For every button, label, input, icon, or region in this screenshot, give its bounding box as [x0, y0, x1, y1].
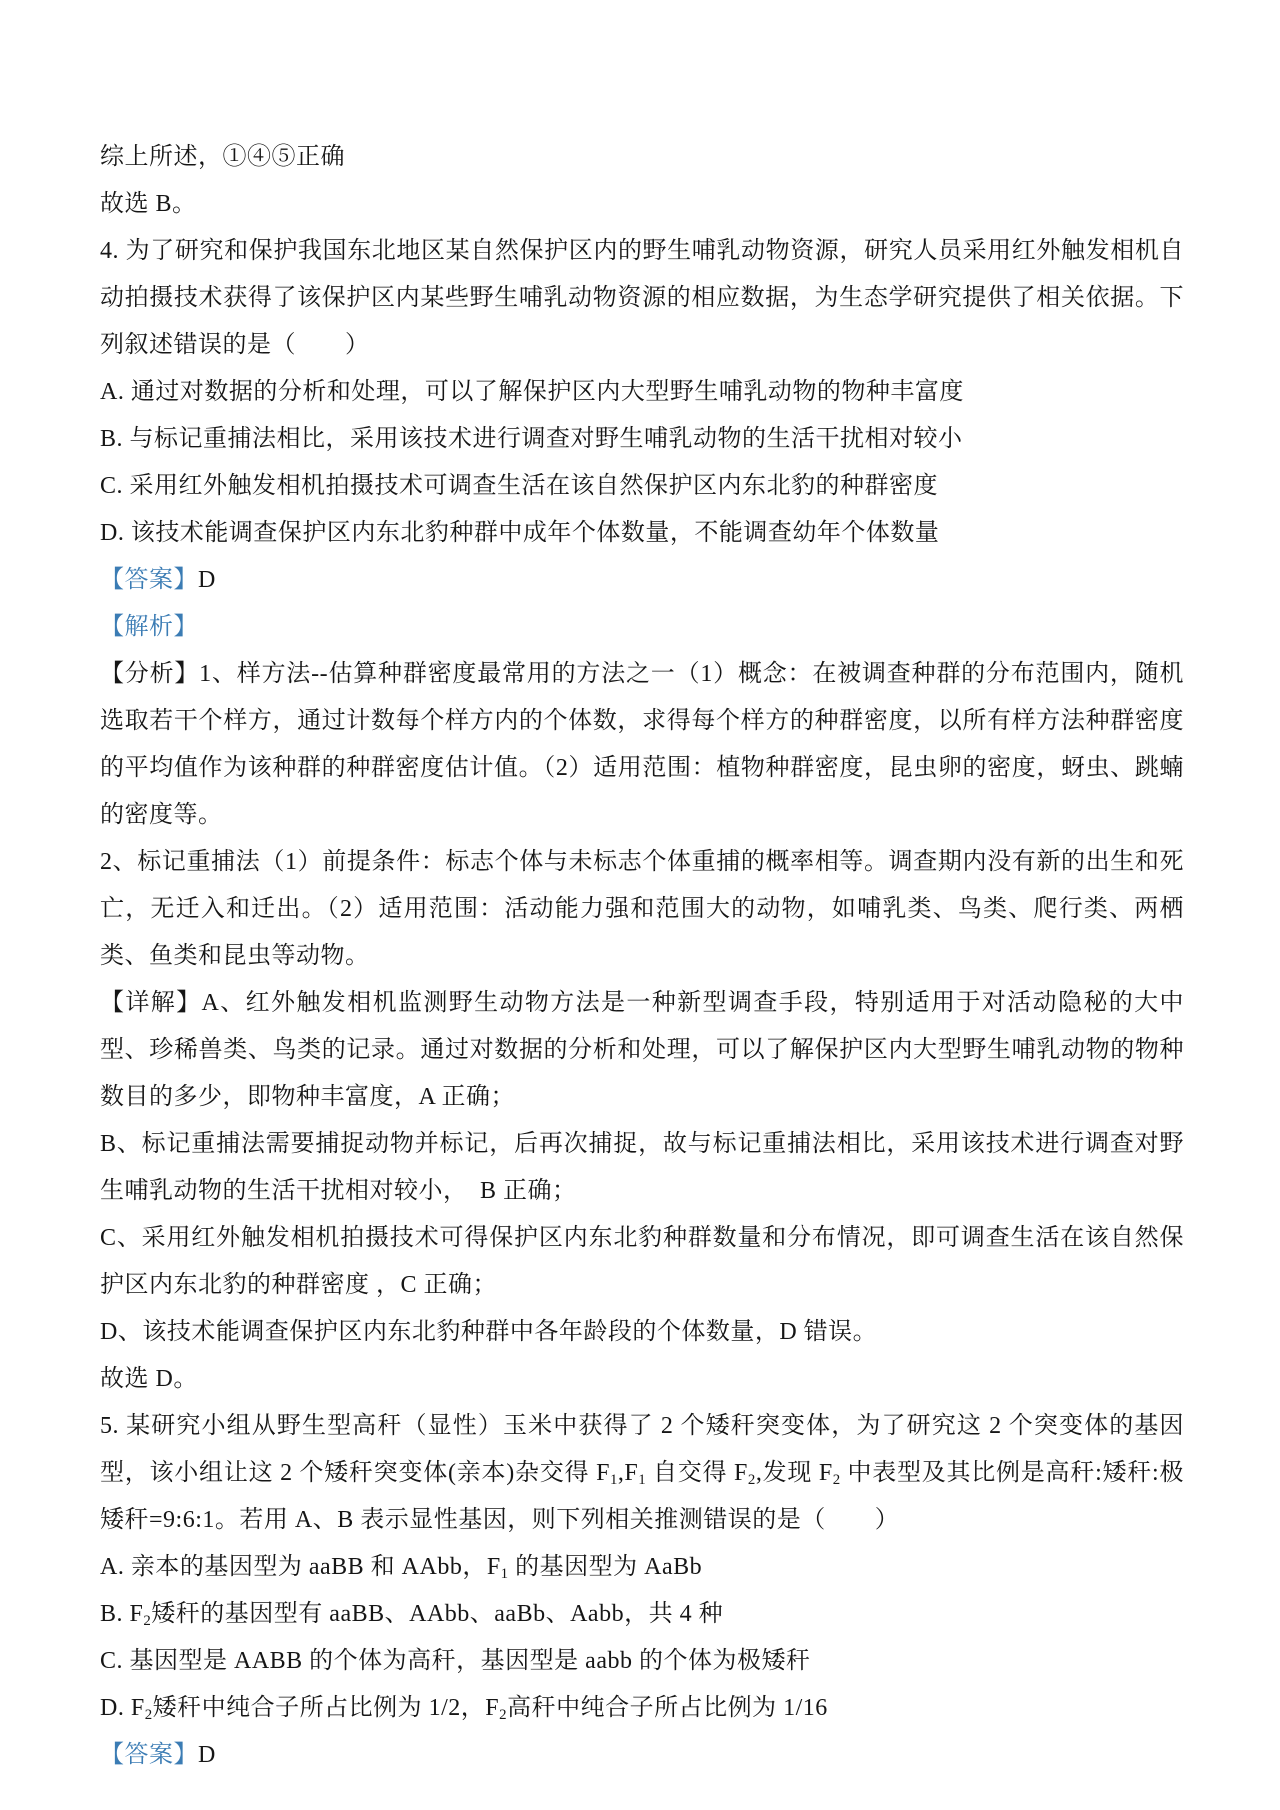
q5-option-c: C. 基因型是 AABB 的个体为高秆，基因型是 aabb 的个体为极矮秆 — [100, 1638, 1184, 1685]
q5-option-d: D. F2矮秆中纯合子所占比例为 1/2，F2高秆中纯合子所占比例为 1/16 — [100, 1685, 1184, 1732]
text-run: D. F — [100, 1695, 145, 1721]
text-run: 2、标记重捕法（1）前提条件：标志个体与未标志个体重捕的概率相等。调查期内没有新… — [100, 849, 1184, 969]
text-run: 【详解】A、红外触发相机监测野生动物方法是一种新型调查手段，特别适用于对活动隐秘… — [100, 990, 1184, 1110]
text-run: D. 该技术能调查保护区内东北豹种群中成年个体数量，不能调查幼年个体数量 — [100, 520, 939, 546]
q4-detail-a: 【详解】A、红外触发相机监测野生动物方法是一种新型调查手段，特别适用于对活动隐秘… — [100, 980, 1184, 1121]
q5-answer-line: 【答案】D — [100, 1732, 1184, 1779]
q4-analysis-part1: 【分析】1、样方法--估算种群密度最常用的方法之一（1）概念：在被调查种群的分布… — [100, 651, 1184, 839]
bracket-label: 【答案】 — [100, 567, 198, 593]
bracket-label: 【答案】 — [100, 1742, 198, 1768]
q5-option-a: A. 亲本的基因型为 aaBB 和 AAbb，F1 的基因型为 AaBb — [100, 1544, 1184, 1591]
text-run: A. 通过对数据的分析和处理，可以了解保护区内大型野生哺乳动物的物种丰富度 — [100, 379, 964, 405]
text-run: B、标记重捕法需要捕捉动物并标记，后再次捕捉，故与标记重捕法相比，采用该技术进行… — [100, 1131, 1184, 1204]
text-run: D — [198, 567, 216, 593]
bracket-label: 【解析】 — [100, 614, 198, 640]
question-4-stem: 4. 为了研究和保护我国东北地区某自然保护区内的野生哺乳动物资源，研究人员采用红… — [100, 228, 1184, 369]
text-run: 综上所述，①④⑤正确 — [100, 144, 345, 170]
text-run: A. 亲本的基因型为 aaBB 和 AAbb，F — [100, 1554, 501, 1580]
q4-conclusion: 故选 D。 — [100, 1356, 1184, 1403]
q4-detail-d: D、该技术能调查保护区内东北豹种群中各年龄段的个体数量，D 错误。 — [100, 1309, 1184, 1356]
q4-analysis-part2: 2、标记重捕法（1）前提条件：标志个体与未标志个体重捕的概率相等。调查期内没有新… — [100, 839, 1184, 980]
q4-option-c: C. 采用红外触发相机拍摄技术可调查生活在该自然保护区内东北豹的种群密度 — [100, 463, 1184, 510]
text-run: 故选 D。 — [100, 1366, 198, 1392]
text-run: 的基因型为 AaBb — [509, 1554, 703, 1580]
text-run: 高秆中纯合子所占比例为 1/16 — [507, 1695, 828, 1721]
subscript: 2 — [748, 1472, 756, 1488]
q4-option-d: D. 该技术能调查保护区内东北豹种群中成年个体数量，不能调查幼年个体数量 — [100, 510, 1184, 557]
document-page: 综上所述，①④⑤正确故选 B。4. 为了研究和保护我国东北地区某自然保护区内的野… — [0, 0, 1280, 1810]
subscript: 2 — [833, 1472, 841, 1488]
q4-option-a: A. 通过对数据的分析和处理，可以了解保护区内大型野生哺乳动物的物种丰富度 — [100, 369, 1184, 416]
text-run: B. F — [100, 1601, 143, 1627]
subscript: 1 — [610, 1472, 618, 1488]
document-content: 综上所述，①④⑤正确故选 B。4. 为了研究和保护我国东北地区某自然保护区内的野… — [100, 134, 1184, 1779]
q4-answer-line: 【答案】D — [100, 557, 1184, 604]
q3-answer-pick-line: 故选 B。 — [100, 181, 1184, 228]
text-run: D — [198, 1742, 216, 1768]
subscript: 1 — [638, 1472, 646, 1488]
text-run: ,F — [618, 1460, 638, 1486]
text-run: 4. 为了研究和保护我国东北地区某自然保护区内的野生哺乳动物资源，研究人员采用红… — [100, 238, 1184, 358]
subscript: 2 — [145, 1707, 153, 1723]
subscript: 1 — [501, 1566, 509, 1582]
text-run: 自交得 F — [646, 1460, 748, 1486]
text-run: 故选 B。 — [100, 191, 197, 217]
q3-summary-line: 综上所述，①④⑤正确 — [100, 134, 1184, 181]
text-run: B. 与标记重捕法相比，采用该技术进行调查对野生哺乳动物的生活干扰相对较小 — [100, 426, 963, 452]
text-run: C、采用红外触发相机拍摄技术可得保护区内东北豹种群数量和分布情况，即可调查生活在… — [100, 1225, 1184, 1298]
text-run: C. 基因型是 AABB 的个体为高秆，基因型是 aabb 的个体为极矮秆 — [100, 1648, 811, 1674]
text-run: ,发现 F — [756, 1460, 833, 1486]
q4-detail-c: C、采用红外触发相机拍摄技术可得保护区内东北豹种群数量和分布情况，即可调查生活在… — [100, 1215, 1184, 1309]
question-5-stem: 5. 某研究小组从野生型高秆（显性）玉米中获得了 2 个矮秆突变体，为了研究这 … — [100, 1403, 1184, 1544]
text-run: D、该技术能调查保护区内东北豹种群中各年龄段的个体数量，D 错误。 — [100, 1319, 877, 1345]
q4-detail-b: B、标记重捕法需要捕捉动物并标记，后再次捕捉，故与标记重捕法相比，采用该技术进行… — [100, 1121, 1184, 1215]
q5-option-b: B. F2矮秆的基因型有 aaBB、AAbb、aaBb、Aabb，共 4 种 — [100, 1591, 1184, 1638]
text-run: 【分析】1、样方法--估算种群密度最常用的方法之一（1）概念：在被调查种群的分布… — [100, 661, 1184, 828]
subscript: 2 — [499, 1707, 507, 1723]
text-run: 矮秆的基因型有 aaBB、AAbb、aaBb、Aabb，共 4 种 — [151, 1601, 723, 1627]
q4-analysis-header: 【解析】 — [100, 604, 1184, 651]
text-run: C. 采用红外触发相机拍摄技术可调查生活在该自然保护区内东北豹的种群密度 — [100, 473, 938, 499]
q4-option-b: B. 与标记重捕法相比，采用该技术进行调查对野生哺乳动物的生活干扰相对较小 — [100, 416, 1184, 463]
text-run: 矮秆中纯合子所占比例为 1/2，F — [153, 1695, 500, 1721]
